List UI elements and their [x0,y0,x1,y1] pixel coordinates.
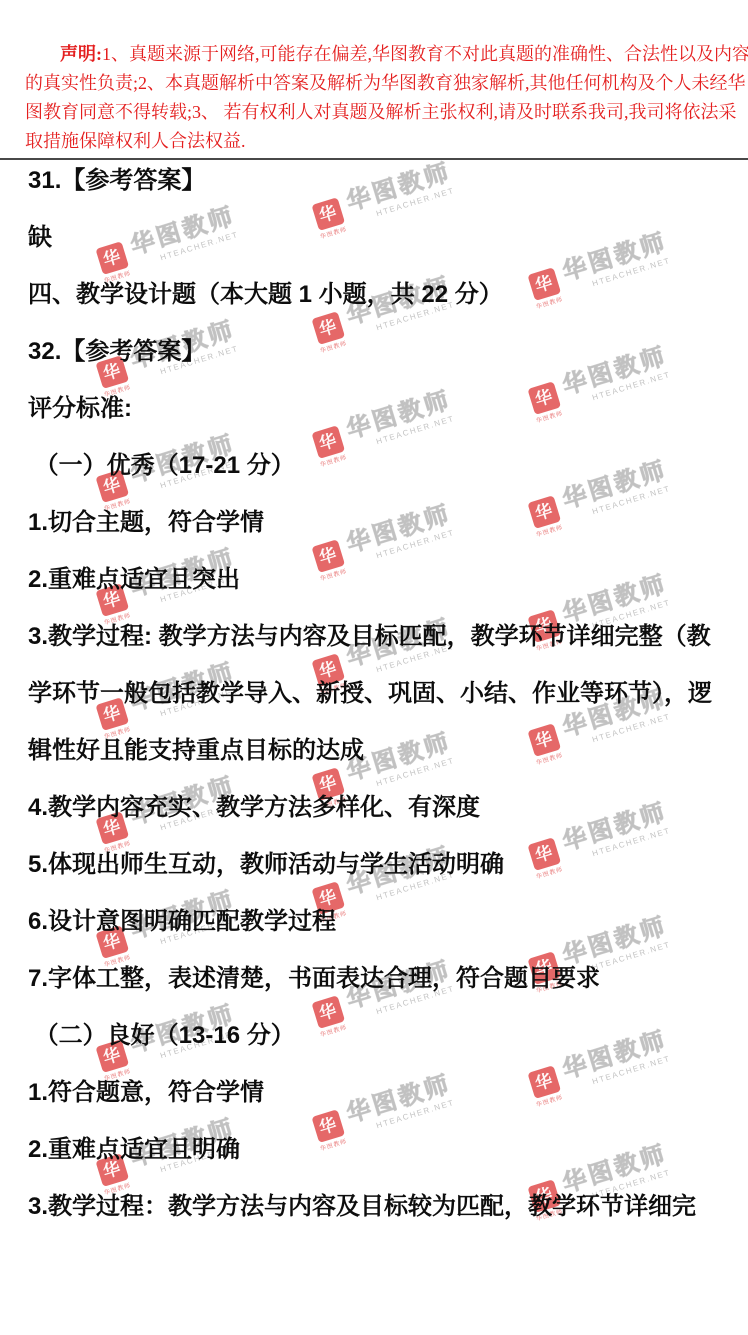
disclaimer-line: 图教育同意不得转载;3、 若有权利人对真题及解析主张权利,请及时联系我司,我司将… [0,98,748,127]
answer-body: 31.【参考答案】 缺 四、教学设计题（本大题 1 小题，共 22 分） 32.… [0,152,748,1235]
body-line: 3.教学过程: 教学方法与内容及目标匹配，教学环节详细完整（教 [0,608,748,665]
disclaimer-block: 声明:1、真题来源于网络,可能存在偏差,华图教育不对此真题的准确性、合法性以及内… [0,40,748,156]
body-line: 评分标准: [0,380,748,437]
body-line: 1.切合主题，符合学情 [0,494,748,551]
disclaimer-label: 声明: [60,44,102,64]
body-line: 2.重难点适宜且明确 [0,1121,748,1178]
grade-heading: （一）优秀（17-21 分） [0,437,748,494]
body-line: 辑性好且能支持重点目标的达成 [0,722,748,779]
document-page: 华华图教师华图教师HTEACHER.NET华华图教师华图教师HTEACHER.N… [0,0,748,1335]
section-heading: 四、教学设计题（本大题 1 小题，共 22 分） [0,266,748,323]
body-line: 5.体现出师生互动，教师活动与学生活动明确 [0,836,748,893]
body-line: 2.重难点适宜且突出 [0,551,748,608]
body-line: 学环节一般包括教学导入、新授、巩固、小结、作业等环节），逻 [0,665,748,722]
grade-heading: （二）良好（13-16 分） [0,1007,748,1064]
answer-heading: 31.【参考答案】 [0,152,748,209]
disclaimer-line: 的真实性负责;2、本真题解析中答案及解析为华图教育独家解析,其他任何机构及个人未… [0,69,748,98]
answer-heading: 32.【参考答案】 [0,323,748,380]
disclaimer-text: 1、真题来源于网络,可能存在偏差,华图教育不对此真题的准确性、合法性以及内容 [102,44,748,64]
body-line: 4.教学内容充实、教学方法多样化、有深度 [0,779,748,836]
body-line: 缺 [0,209,748,266]
body-line: 3.教学过程：教学方法与内容及目标较为匹配，教学环节详细完 [0,1178,748,1235]
disclaimer-line: 声明:1、真题来源于网络,可能存在偏差,华图教育不对此真题的准确性、合法性以及内… [0,40,748,69]
body-line: 7.字体工整，表述清楚，书面表达合理，符合题目要求 [0,950,748,1007]
body-line: 1.符合题意，符合学情 [0,1064,748,1121]
body-line: 6.设计意图明确匹配教学过程 [0,893,748,950]
